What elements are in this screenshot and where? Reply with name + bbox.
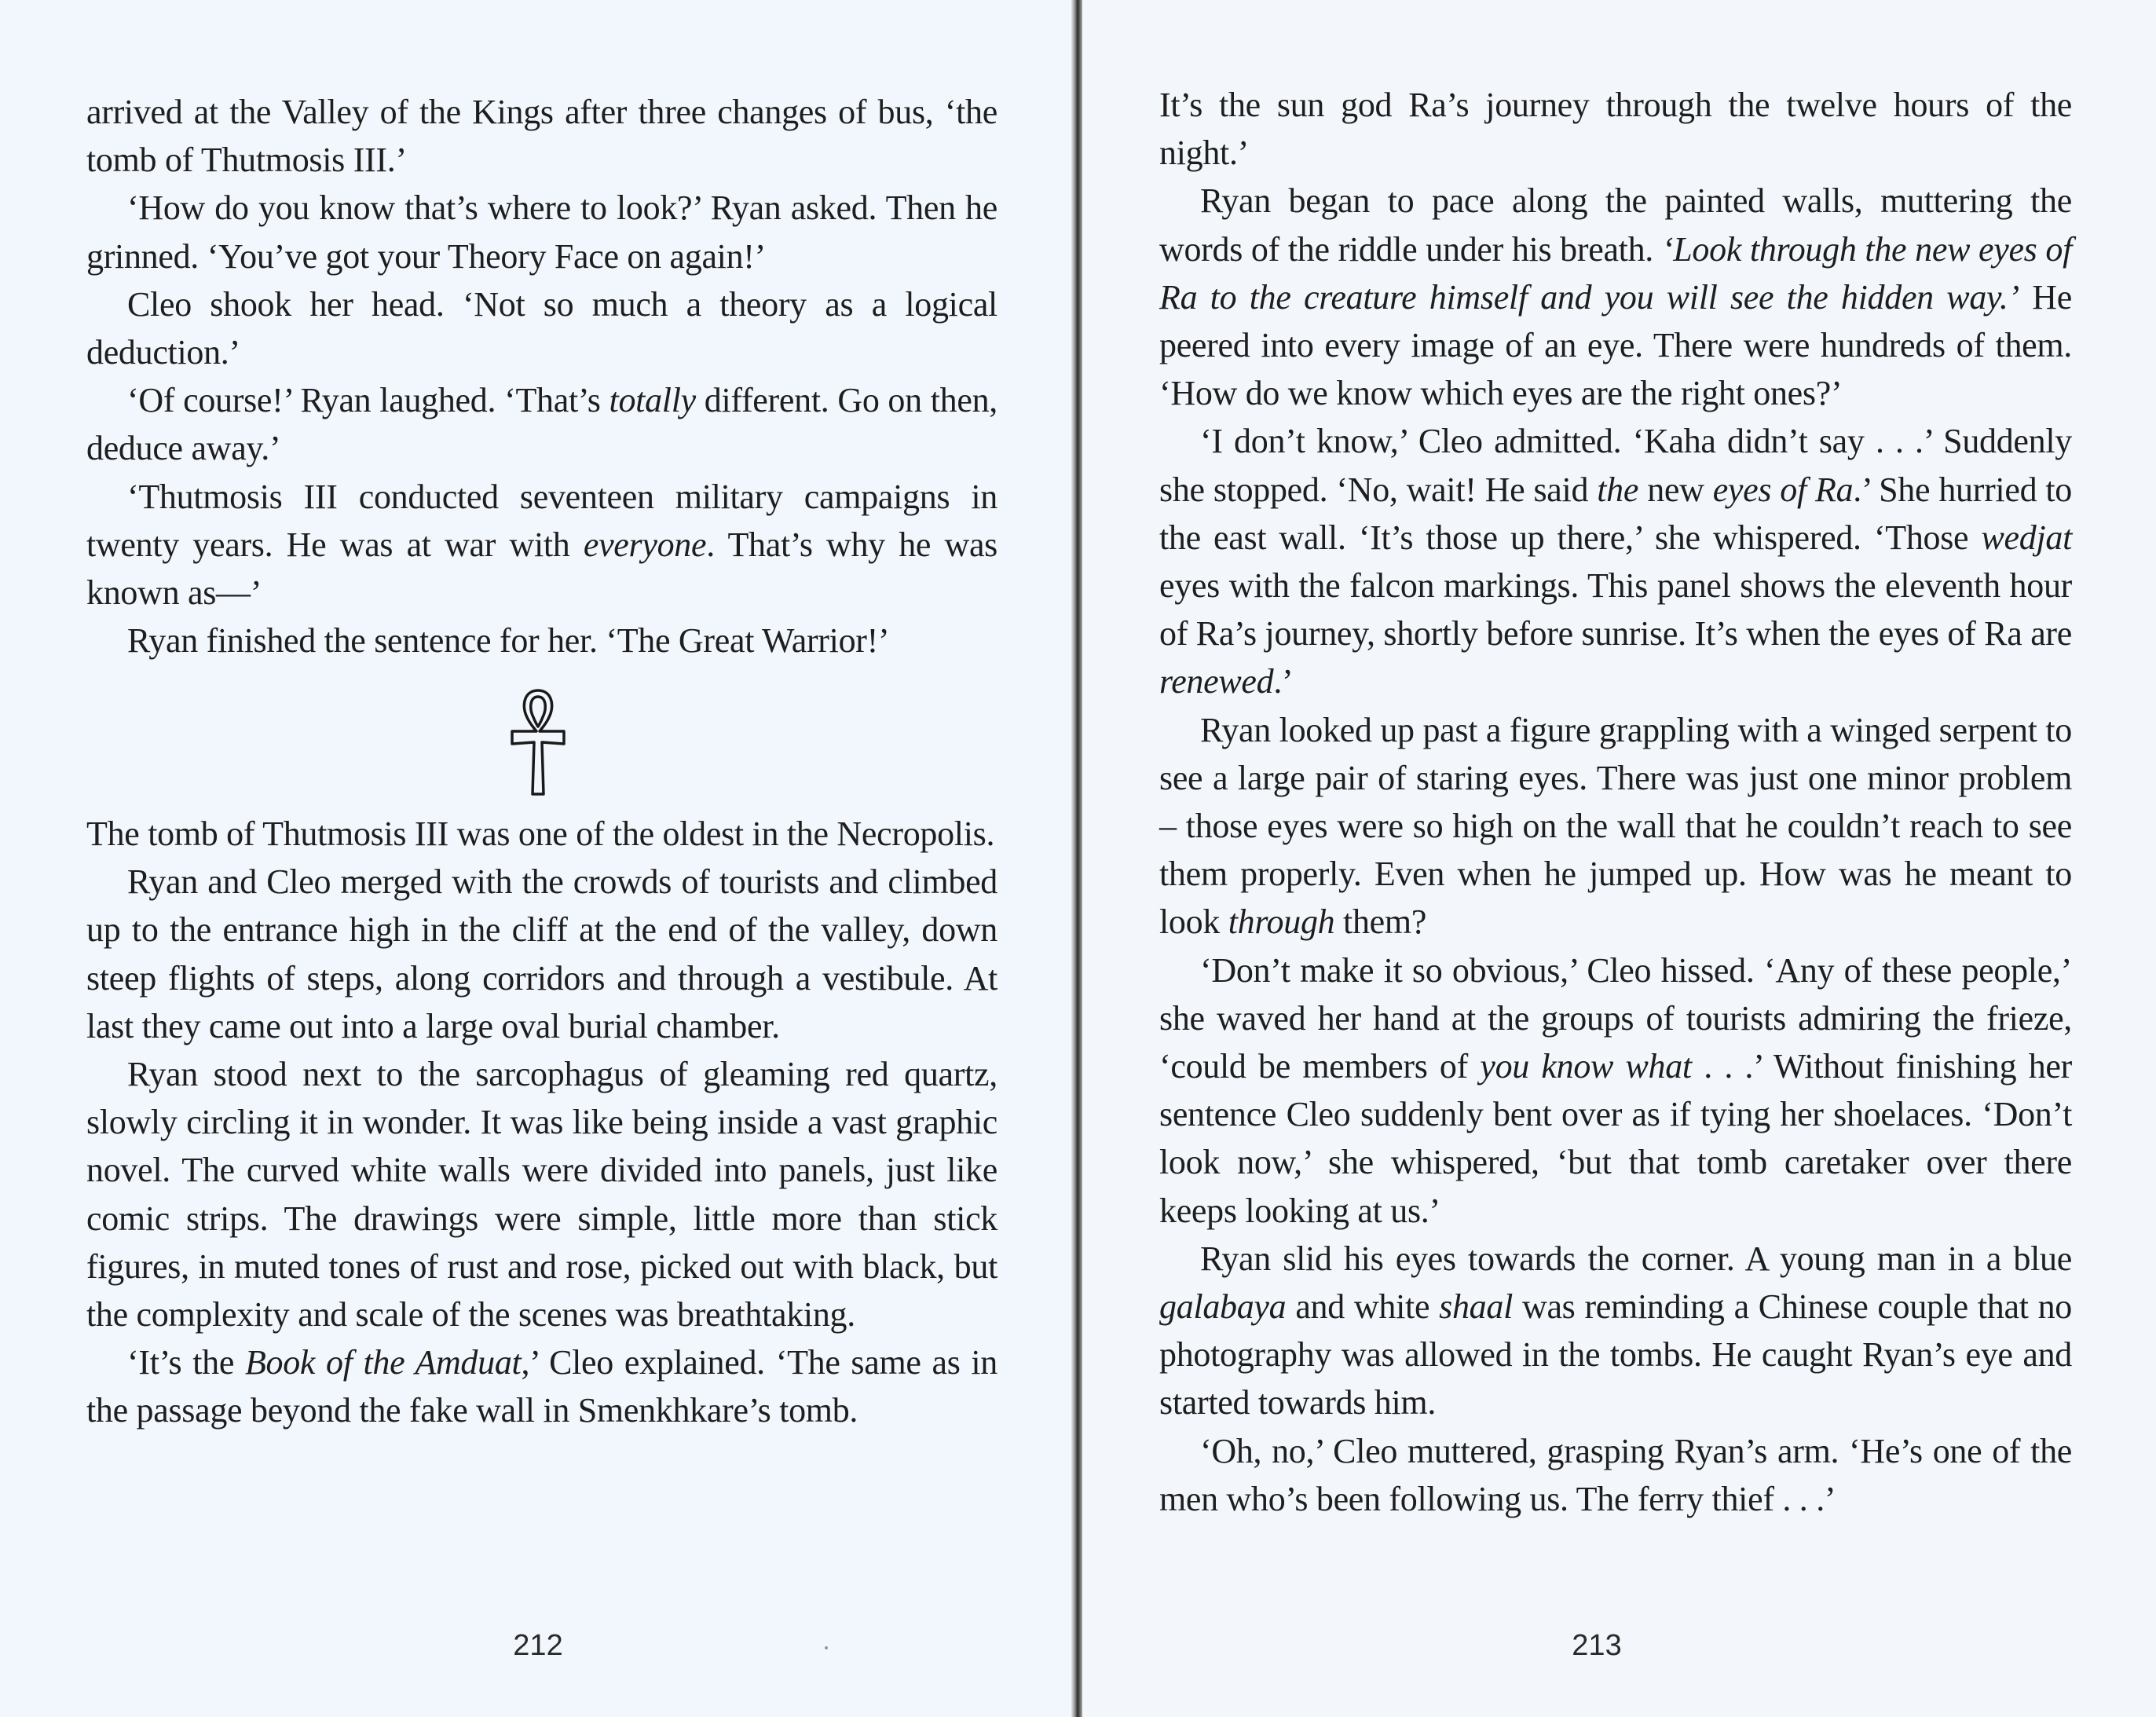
text: them?: [1334, 902, 1426, 941]
paragraph: Ryan began to pace along the painted wal…: [1159, 177, 2072, 417]
text: ‘Oh, no,’ Cleo muttered, grasping Ryan’s…: [1159, 1432, 2072, 1518]
paragraph: ‘It’s the Book of the Amduat,’ Cleo expl…: [86, 1338, 997, 1434]
italic-text: eyes of Ra: [1713, 470, 1854, 509]
italic-text: renewed: [1159, 662, 1273, 701]
paragraph: ‘Don’t make it so obvious,’ Cleo hissed.…: [1159, 946, 2072, 1235]
text: Ryan stood next to the sarcophagus of gl…: [86, 1055, 997, 1334]
text: eyes with the falcon markings. This pane…: [1159, 566, 2072, 653]
italic-text: you know what: [1480, 1047, 1691, 1085]
text: .’: [1273, 662, 1293, 701]
italic-text: Book of the Amduat: [245, 1343, 522, 1382]
paragraph: ‘Oh, no,’ Cleo muttered, grasping Ryan’s…: [1159, 1427, 2072, 1523]
paragraph: Cleo shook her head. ‘Not so much a theo…: [86, 280, 997, 376]
ankh-icon: [507, 687, 569, 797]
text: Ryan and Cleo merged with the crowds of …: [86, 862, 997, 1045]
paragraph: ‘How do you know that’s where to look?’ …: [86, 184, 997, 280]
italic-text: totally: [609, 381, 696, 419]
paragraph: Ryan and Cleo merged with the crowds of …: [86, 858, 997, 1050]
paragraph: Ryan slid his eyes towards the corner. A…: [1159, 1235, 2072, 1427]
text: The tomb of Thutmosis III was one of the…: [86, 815, 994, 853]
left-page-text-block-2: The tomb of Thutmosis III was one of the…: [86, 810, 997, 1435]
text: Ryan finished the sentence for her. ‘The…: [127, 621, 889, 660]
paragraph: ‘Of course!’ Ryan laughed. ‘That’s total…: [86, 376, 997, 472]
italic-text: everyone: [584, 525, 706, 564]
page-number: 212: [459, 1629, 617, 1663]
text: ‘It’s the: [127, 1343, 245, 1382]
paragraph: The tomb of Thutmosis III was one of the…: [86, 810, 997, 858]
paragraph: Ryan stood next to the sarcophagus of gl…: [86, 1050, 997, 1338]
text: ‘Of course!’ Ryan laughed. ‘That’s: [127, 381, 609, 419]
text: new: [1638, 470, 1713, 509]
paragraph: arrived at the Valley of the Kings after…: [86, 88, 997, 184]
scan-speck: [825, 1646, 828, 1649]
italic-text: wedjat: [1981, 518, 2072, 557]
paragraph: ‘I don’t know,’ Cleo admitted. ‘Kaha did…: [1159, 417, 2072, 705]
text: Ryan slid his eyes towards the corner. A…: [1200, 1239, 2072, 1278]
paragraph: It’s the sun god Ra’s journey through th…: [1159, 81, 2072, 177]
italic-text: shaal: [1439, 1287, 1513, 1326]
right-page-text-block: It’s the sun god Ra’s journey through th…: [1159, 81, 2072, 1523]
paragraph: Ryan looked up past a figure grappling w…: [1159, 706, 2072, 946]
left-page: arrived at the Valley of the Kings after…: [0, 0, 1073, 1717]
italic-text: through: [1228, 902, 1335, 941]
italic-text: galabaya: [1159, 1287, 1286, 1326]
text: ‘How do you know that’s where to look?’ …: [86, 189, 997, 275]
right-page: It’s the sun god Ra’s journey through th…: [1082, 0, 2156, 1717]
text: arrived at the Valley of the Kings after…: [86, 93, 997, 179]
text: Cleo shook her head. ‘Not so much a theo…: [86, 285, 997, 372]
italic-text: the: [1597, 470, 1638, 509]
paragraph: Ryan finished the sentence for her. ‘The…: [86, 617, 997, 664]
paragraph: ‘Thutmosis III conducted seventeen milit…: [86, 473, 997, 617]
text: and white: [1286, 1287, 1439, 1326]
page-number: 213: [1518, 1629, 1675, 1663]
text: It’s the sun god Ra’s journey through th…: [1159, 86, 2072, 172]
left-page-text-block-1: arrived at the Valley of the Kings after…: [86, 88, 997, 664]
